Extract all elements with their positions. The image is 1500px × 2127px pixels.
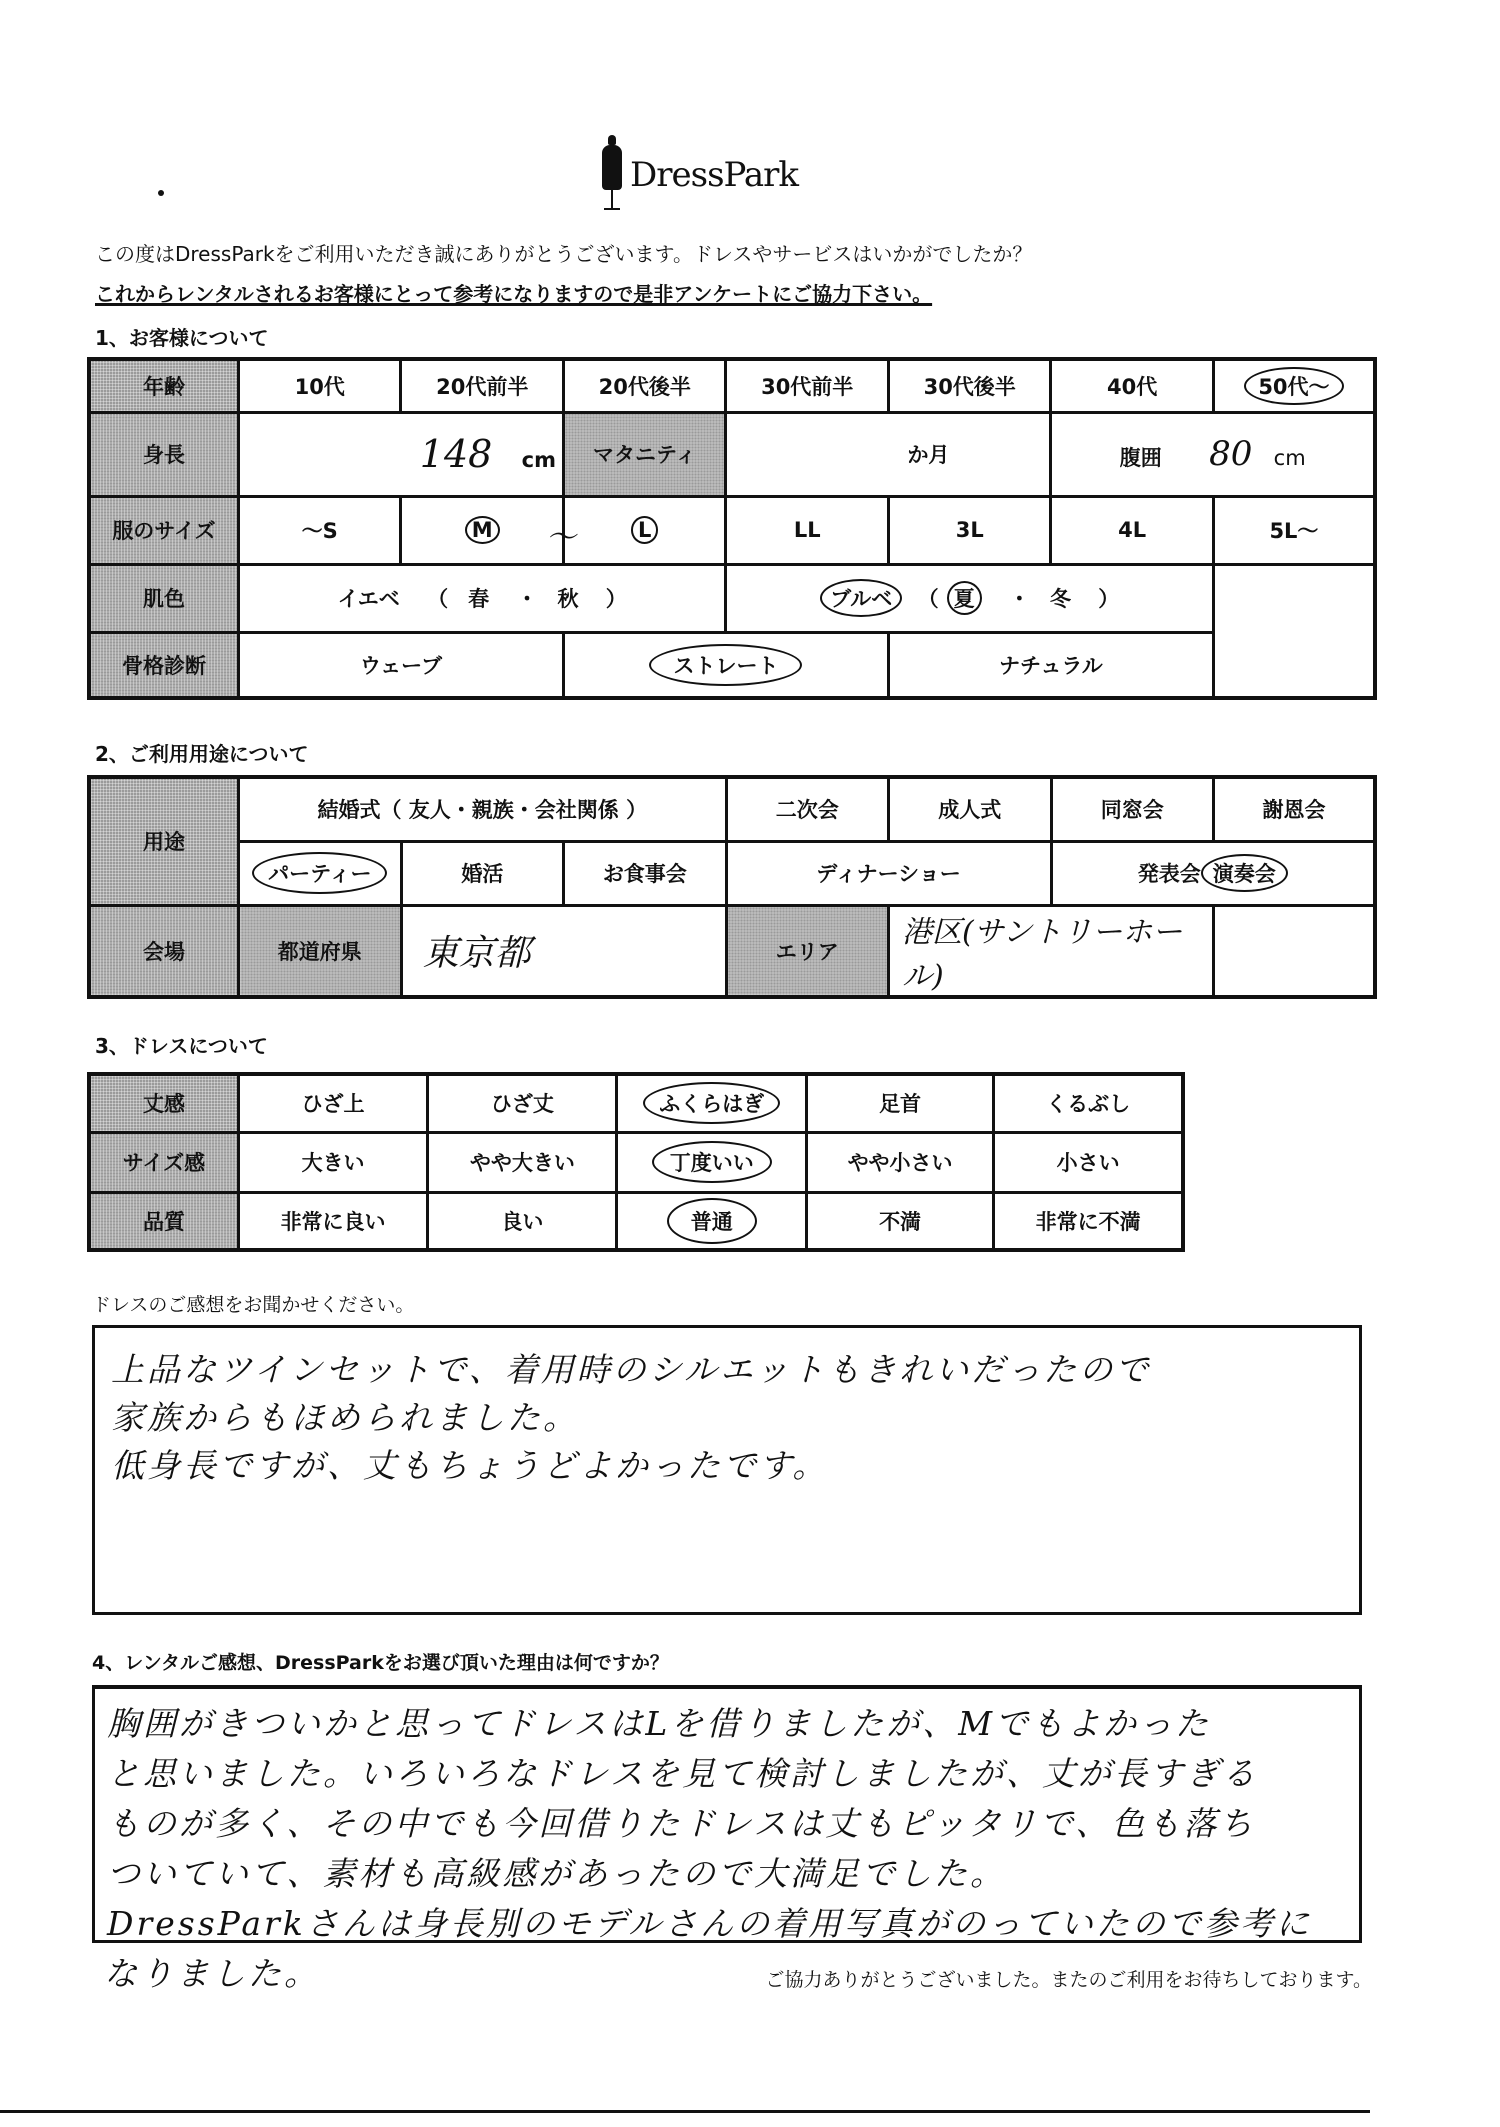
- age-option[interactable]: 10代: [238, 359, 401, 412]
- section4-title: 4、レンタルご感想、DressParkをお選び頂いた理由は何ですか？: [92, 1648, 669, 1675]
- length-option[interactable]: くるぶし: [994, 1074, 1183, 1132]
- fit-option[interactable]: やや小さい: [806, 1132, 993, 1192]
- intro-text: この度はDressParkをご利用いただき誠にありがとうございます。ドレスやサー…: [95, 238, 1032, 267]
- season-summer-selected[interactable]: 夏: [947, 581, 982, 615]
- quality-option[interactable]: 不満: [806, 1192, 993, 1250]
- height-row: 身長 148 cm マタニティ か月 腹囲 80 cm: [89, 412, 1375, 496]
- mannequin-icon: [600, 135, 624, 215]
- area-field[interactable]: 港区(サントリーホール): [889, 905, 1214, 997]
- fit-option-selected[interactable]: 丁度いい: [617, 1132, 806, 1192]
- venue-label: 会場: [89, 905, 239, 997]
- selection-circle: M: [465, 516, 500, 544]
- answer-line: DressParkさんは身長別のモデルさんの着用写真がのっていたので参考に: [107, 1899, 1347, 1949]
- age-option[interactable]: 40代: [1051, 359, 1213, 412]
- age-option[interactable]: 30代後半: [888, 359, 1051, 412]
- yellow-base-label: イエベ: [338, 587, 400, 611]
- answer-line: 胸囲がきついかと思ってドレスはLを借りましたが、Mでもよかった: [107, 1699, 1347, 1749]
- purpose-option[interactable]: 成人式: [889, 777, 1051, 841]
- maternity-field[interactable]: か月: [726, 412, 1051, 496]
- quality-option[interactable]: 良い: [428, 1192, 617, 1250]
- stray-mark: [158, 190, 164, 196]
- area-label: エリア: [726, 905, 888, 997]
- purpose-option[interactable]: ディナーショー: [726, 841, 1051, 905]
- skeleton-option[interactable]: ナチュラル: [888, 632, 1213, 698]
- comment-line: 家族からもほめられました。: [111, 1394, 1343, 1442]
- skeleton-option-selected[interactable]: ストレート: [563, 632, 888, 698]
- comment-line: 低身長ですが、丈もちょうどよかったです。: [111, 1442, 1343, 1490]
- dress-comment-prompt: ドレスのご感想をお聞かせください。: [92, 1290, 414, 1317]
- length-option[interactable]: 足首: [806, 1074, 993, 1132]
- skeleton-option[interactable]: ウェーブ: [238, 632, 563, 698]
- recital-option[interactable]: 発表会演奏会: [1051, 841, 1375, 905]
- age-option-selected[interactable]: 50代～: [1213, 359, 1375, 412]
- selection-circle: 普通: [667, 1198, 757, 1244]
- quality-label: 品質: [89, 1192, 238, 1250]
- maternity-label: マタニティ: [563, 412, 725, 496]
- venue-row: 会場 都道府県 東京都 エリア 港区(サントリーホール): [89, 905, 1375, 997]
- prefecture-label: 都道府県: [239, 905, 402, 997]
- rental-feedback-box[interactable]: 胸囲がきついかと思ってドレスはLを借りましたが、Mでもよかった と思いました。い…: [92, 1685, 1362, 1943]
- season-winter[interactable]: 冬: [1050, 587, 1071, 611]
- answer-overflow-line: なりました。: [104, 1950, 320, 1998]
- height-field[interactable]: 148 cm: [238, 412, 563, 496]
- size-option[interactable]: 3L: [888, 496, 1051, 564]
- height-value: 148: [420, 432, 493, 476]
- season-spring[interactable]: 春: [468, 587, 489, 611]
- fit-option[interactable]: やや大きい: [428, 1132, 617, 1192]
- season-autumn[interactable]: 秋: [557, 587, 578, 611]
- comment-line: 上品なツインセットで、着用時のシルエットもきれいだったので: [111, 1346, 1343, 1394]
- dress-evaluation-table: 丈感 ひざ上 ひざ丈 ふくらはぎ 足首 くるぶし サイズ感 大きい やや大きい …: [87, 1072, 1185, 1252]
- length-label: 丈感: [89, 1074, 238, 1132]
- prefecture-field[interactable]: 東京都: [401, 905, 726, 997]
- selection-circle: ストレート: [649, 644, 802, 686]
- size-option-selected[interactable]: L: [563, 496, 725, 564]
- fit-option[interactable]: 小さい: [994, 1132, 1183, 1192]
- selection-circle: L: [631, 516, 658, 544]
- purpose-label: 用途: [89, 777, 239, 905]
- waist-field[interactable]: 腹囲 80 cm: [1051, 412, 1375, 496]
- yellow-base-option[interactable]: イエベ （春 ・秋 ）: [238, 564, 725, 632]
- logo-text: DressPark: [630, 155, 798, 195]
- prefecture-value: 東京都: [423, 933, 531, 974]
- selection-circle[interactable]: 演奏会: [1201, 854, 1288, 892]
- waist-label: 腹囲: [1120, 446, 1162, 470]
- waist-value: 80: [1209, 434, 1252, 474]
- skin-label: 肌色: [89, 564, 238, 632]
- answer-line: ものが多く、その中でも今回借りたドレスは丈もピッタリで、色も落ち: [107, 1799, 1347, 1849]
- size-option[interactable]: LL: [726, 496, 889, 564]
- blue-base-option[interactable]: ブルベ （夏 ・冬 ）: [726, 564, 1213, 632]
- answer-line: ついていて、素材も高級感があったので大満足でした。: [107, 1849, 1347, 1899]
- length-option[interactable]: ひざ丈: [428, 1074, 617, 1132]
- maternity-unit: か月: [907, 443, 949, 467]
- waist-unit: cm: [1274, 446, 1306, 470]
- quality-option[interactable]: 非常に不満: [994, 1192, 1183, 1250]
- age-option[interactable]: 30代前半: [726, 359, 889, 412]
- size-option[interactable]: 5L～: [1213, 496, 1375, 564]
- size-option[interactable]: 4L: [1051, 496, 1213, 564]
- height-unit: cm: [522, 448, 556, 472]
- range-mark: ～: [546, 512, 576, 556]
- purpose-option-selected[interactable]: パーティー: [239, 841, 402, 905]
- length-option[interactable]: ひざ上: [238, 1074, 427, 1132]
- length-row: 丈感 ひざ上 ひざ丈 ふくらはぎ 足首 くるぶし: [89, 1074, 1183, 1132]
- dress-comment-box[interactable]: 上品なツインセットで、着用時のシルエットもきれいだったので 家族からもほめられま…: [92, 1325, 1362, 1615]
- fit-label: サイズ感: [89, 1132, 238, 1192]
- age-row: 年齢 10代 20代前半 20代後半 30代前半 30代後半 40代 50代～: [89, 359, 1375, 412]
- skin-row: 肌色 イエベ （春 ・秋 ） ブルベ （夏 ・冬 ）: [89, 564, 1375, 632]
- quality-option[interactable]: 非常に良い: [238, 1192, 427, 1250]
- skeleton-row: 骨格診断 ウェーブ ストレート ナチュラル: [89, 632, 1375, 698]
- dresspark-logo: DressPark: [600, 135, 798, 215]
- area-value: 港区(サントリーホール): [902, 915, 1182, 994]
- footer-divider: [0, 2110, 1370, 2113]
- size-option-selected[interactable]: M ～: [401, 496, 564, 564]
- selection-circle: 丁度いい: [652, 1141, 772, 1183]
- selection-circle: ブルベ: [820, 579, 902, 617]
- purpose-option[interactable]: お食事会: [564, 841, 726, 905]
- size-row: 服のサイズ ～S M ～ L LL 3L 4L 5L～: [89, 496, 1375, 564]
- selection-circle: ふくらはぎ: [643, 1082, 780, 1124]
- section1-title: 1、お客様について: [95, 322, 269, 351]
- purpose-presentation[interactable]: 発表会: [1138, 862, 1201, 886]
- answer-line: と思いました。いろいろなドレスを見て検討しましたが、丈が長すぎる: [107, 1749, 1347, 1799]
- height-label: 身長: [89, 412, 238, 496]
- fit-row: サイズ感 大きい やや大きい 丁度いい やや小さい 小さい: [89, 1132, 1183, 1192]
- section3-title: 3、ドレスについて: [95, 1030, 268, 1059]
- size-label: 服のサイズ: [89, 496, 238, 564]
- purpose-row-1: 用途 結婚式（ 友人・親族・会社関係 ） 二次会 成人式 同窓会 謝恩会: [89, 777, 1375, 841]
- age-option[interactable]: 20代前半: [401, 359, 564, 412]
- selection-circle: パーティー: [252, 852, 387, 894]
- purpose-option[interactable]: 謝恩会: [1213, 777, 1375, 841]
- selection-circle: 50代～: [1244, 367, 1343, 405]
- purpose-row-2: パーティー 婚活 お食事会 ディナーショー 発表会演奏会: [89, 841, 1375, 905]
- purpose-option[interactable]: 婚活: [401, 841, 563, 905]
- fit-option[interactable]: 大きい: [238, 1132, 427, 1192]
- usage-table: 用途 結婚式（ 友人・親族・会社関係 ） 二次会 成人式 同窓会 謝恩会 パーテ…: [87, 775, 1377, 999]
- quality-option-selected[interactable]: 普通: [617, 1192, 806, 1250]
- length-option-selected[interactable]: ふくらはぎ: [617, 1074, 806, 1132]
- skeleton-label: 骨格診断: [89, 632, 238, 698]
- purpose-option[interactable]: 結婚式（ 友人・親族・会社関係 ）: [239, 777, 727, 841]
- customer-info-table: 年齢 10代 20代前半 20代後半 30代前半 30代後半 40代 50代～ …: [87, 357, 1377, 700]
- quality-row: 品質 非常に良い 良い 普通 不満 非常に不満: [89, 1192, 1183, 1250]
- purpose-option[interactable]: 二次会: [726, 777, 888, 841]
- section2-title: 2、ご利用用途について: [95, 738, 309, 767]
- intro-request: これからレンタルされるお客様にとって参考になりますので是非アンケートにご協力下さ…: [95, 278, 932, 307]
- age-label: 年齢: [89, 359, 238, 412]
- purpose-option[interactable]: 同窓会: [1051, 777, 1213, 841]
- thanks-message: ご協力ありがとうございました。またのご利用をお待ちしております。: [766, 1965, 1372, 1992]
- age-option[interactable]: 20代後半: [563, 359, 725, 412]
- size-option[interactable]: ～S: [238, 496, 401, 564]
